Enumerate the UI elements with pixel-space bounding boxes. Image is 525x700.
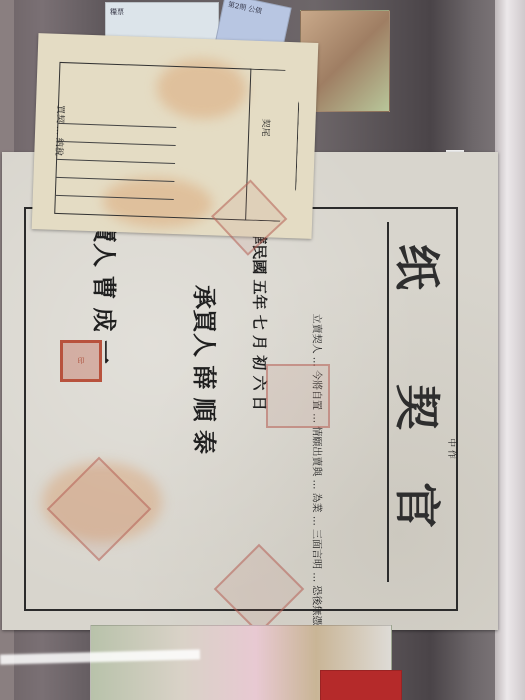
tax-receipt: 買契 … 納稅 契尾 <box>32 33 319 239</box>
side-note: 中 作 <box>446 438 459 459</box>
red-package <box>320 670 402 700</box>
receipt-stub-label: 契尾 <box>260 118 274 136</box>
deed-title-char: 官 <box>394 482 440 528</box>
official-seal: 印 <box>60 340 102 382</box>
receipt-table <box>54 62 251 221</box>
display-case-photo: 糧票 第2期 公债 纸 契 官 中華民國 五年 七 月 初 六 日 承買人 薛 … <box>0 0 525 700</box>
case-frame-right <box>495 0 525 700</box>
deed-title-char: 纸 <box>394 244 440 290</box>
receipt-header: 買契 … 納稅 <box>53 105 68 156</box>
buyer-line: 承買人 薛 順 泰 <box>189 285 224 454</box>
official-seal-faint <box>266 364 330 428</box>
deed-title-char: 契 <box>394 384 440 430</box>
